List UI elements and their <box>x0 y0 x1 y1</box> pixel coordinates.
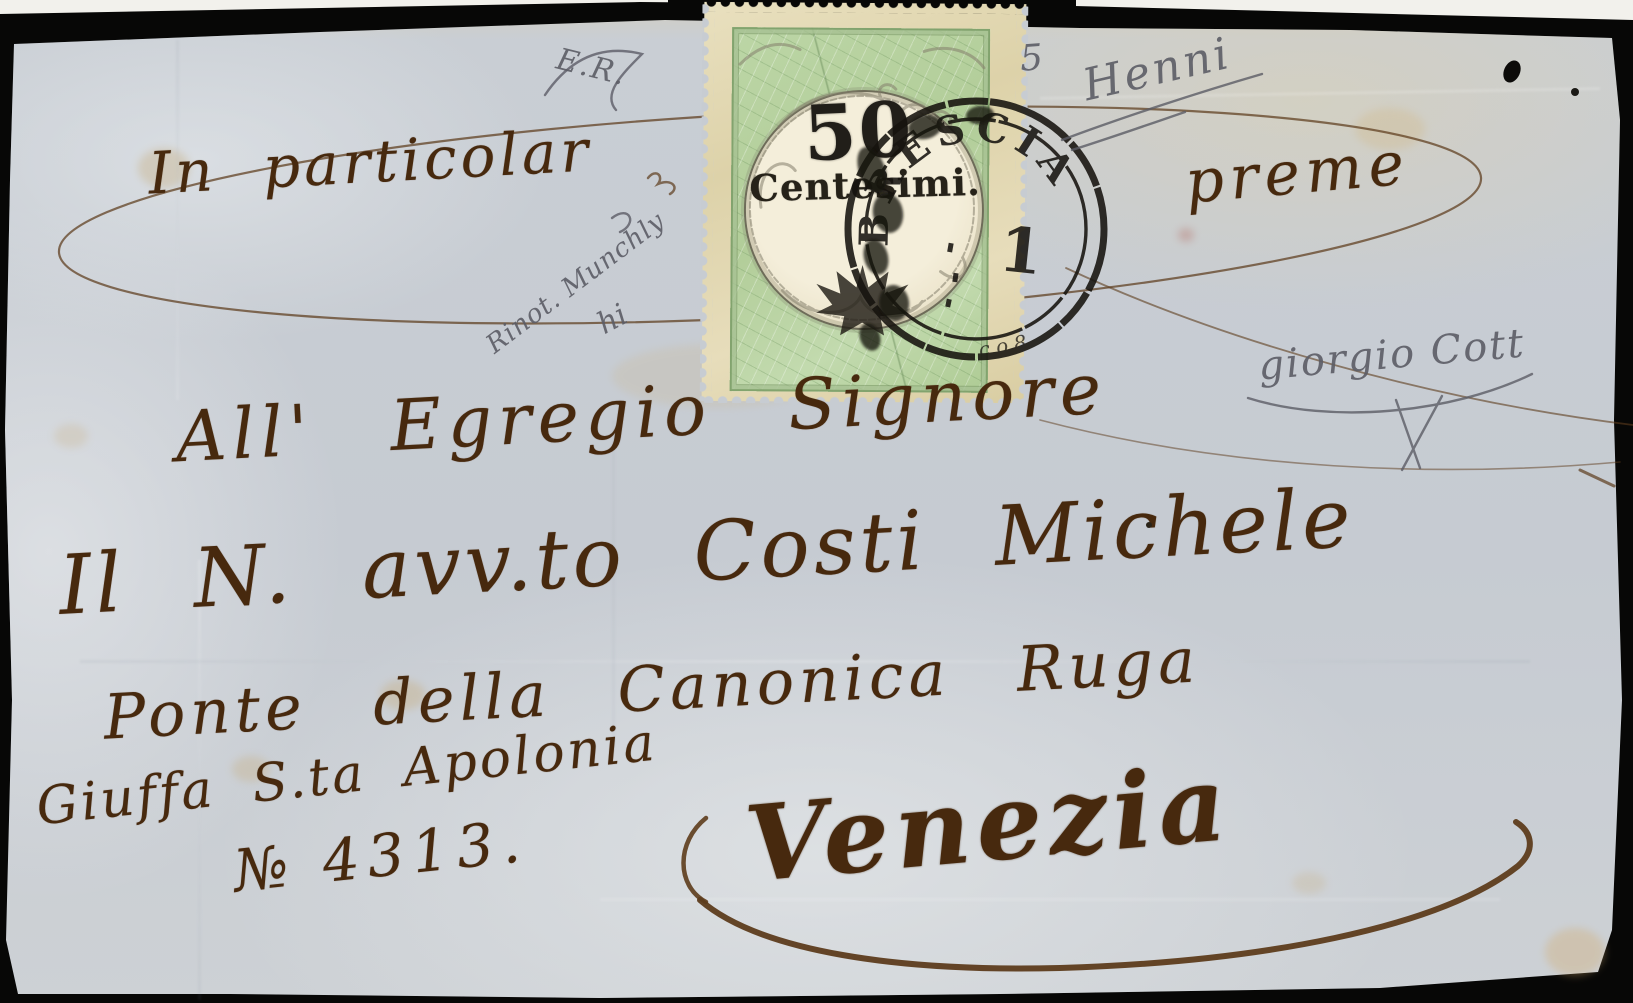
letter-cover-scan: 50 Centesimi. BRESCIA 1 c.o.8 <box>0 0 1633 1003</box>
revenue-stamp: 50 Centesimi. <box>702 2 1027 403</box>
stamp-denomination: Centesimi. <box>745 160 986 211</box>
ink-speck <box>1571 88 1579 96</box>
pencil-number: 5 <box>1019 37 1045 79</box>
ink-speck <box>1146 522 1152 528</box>
